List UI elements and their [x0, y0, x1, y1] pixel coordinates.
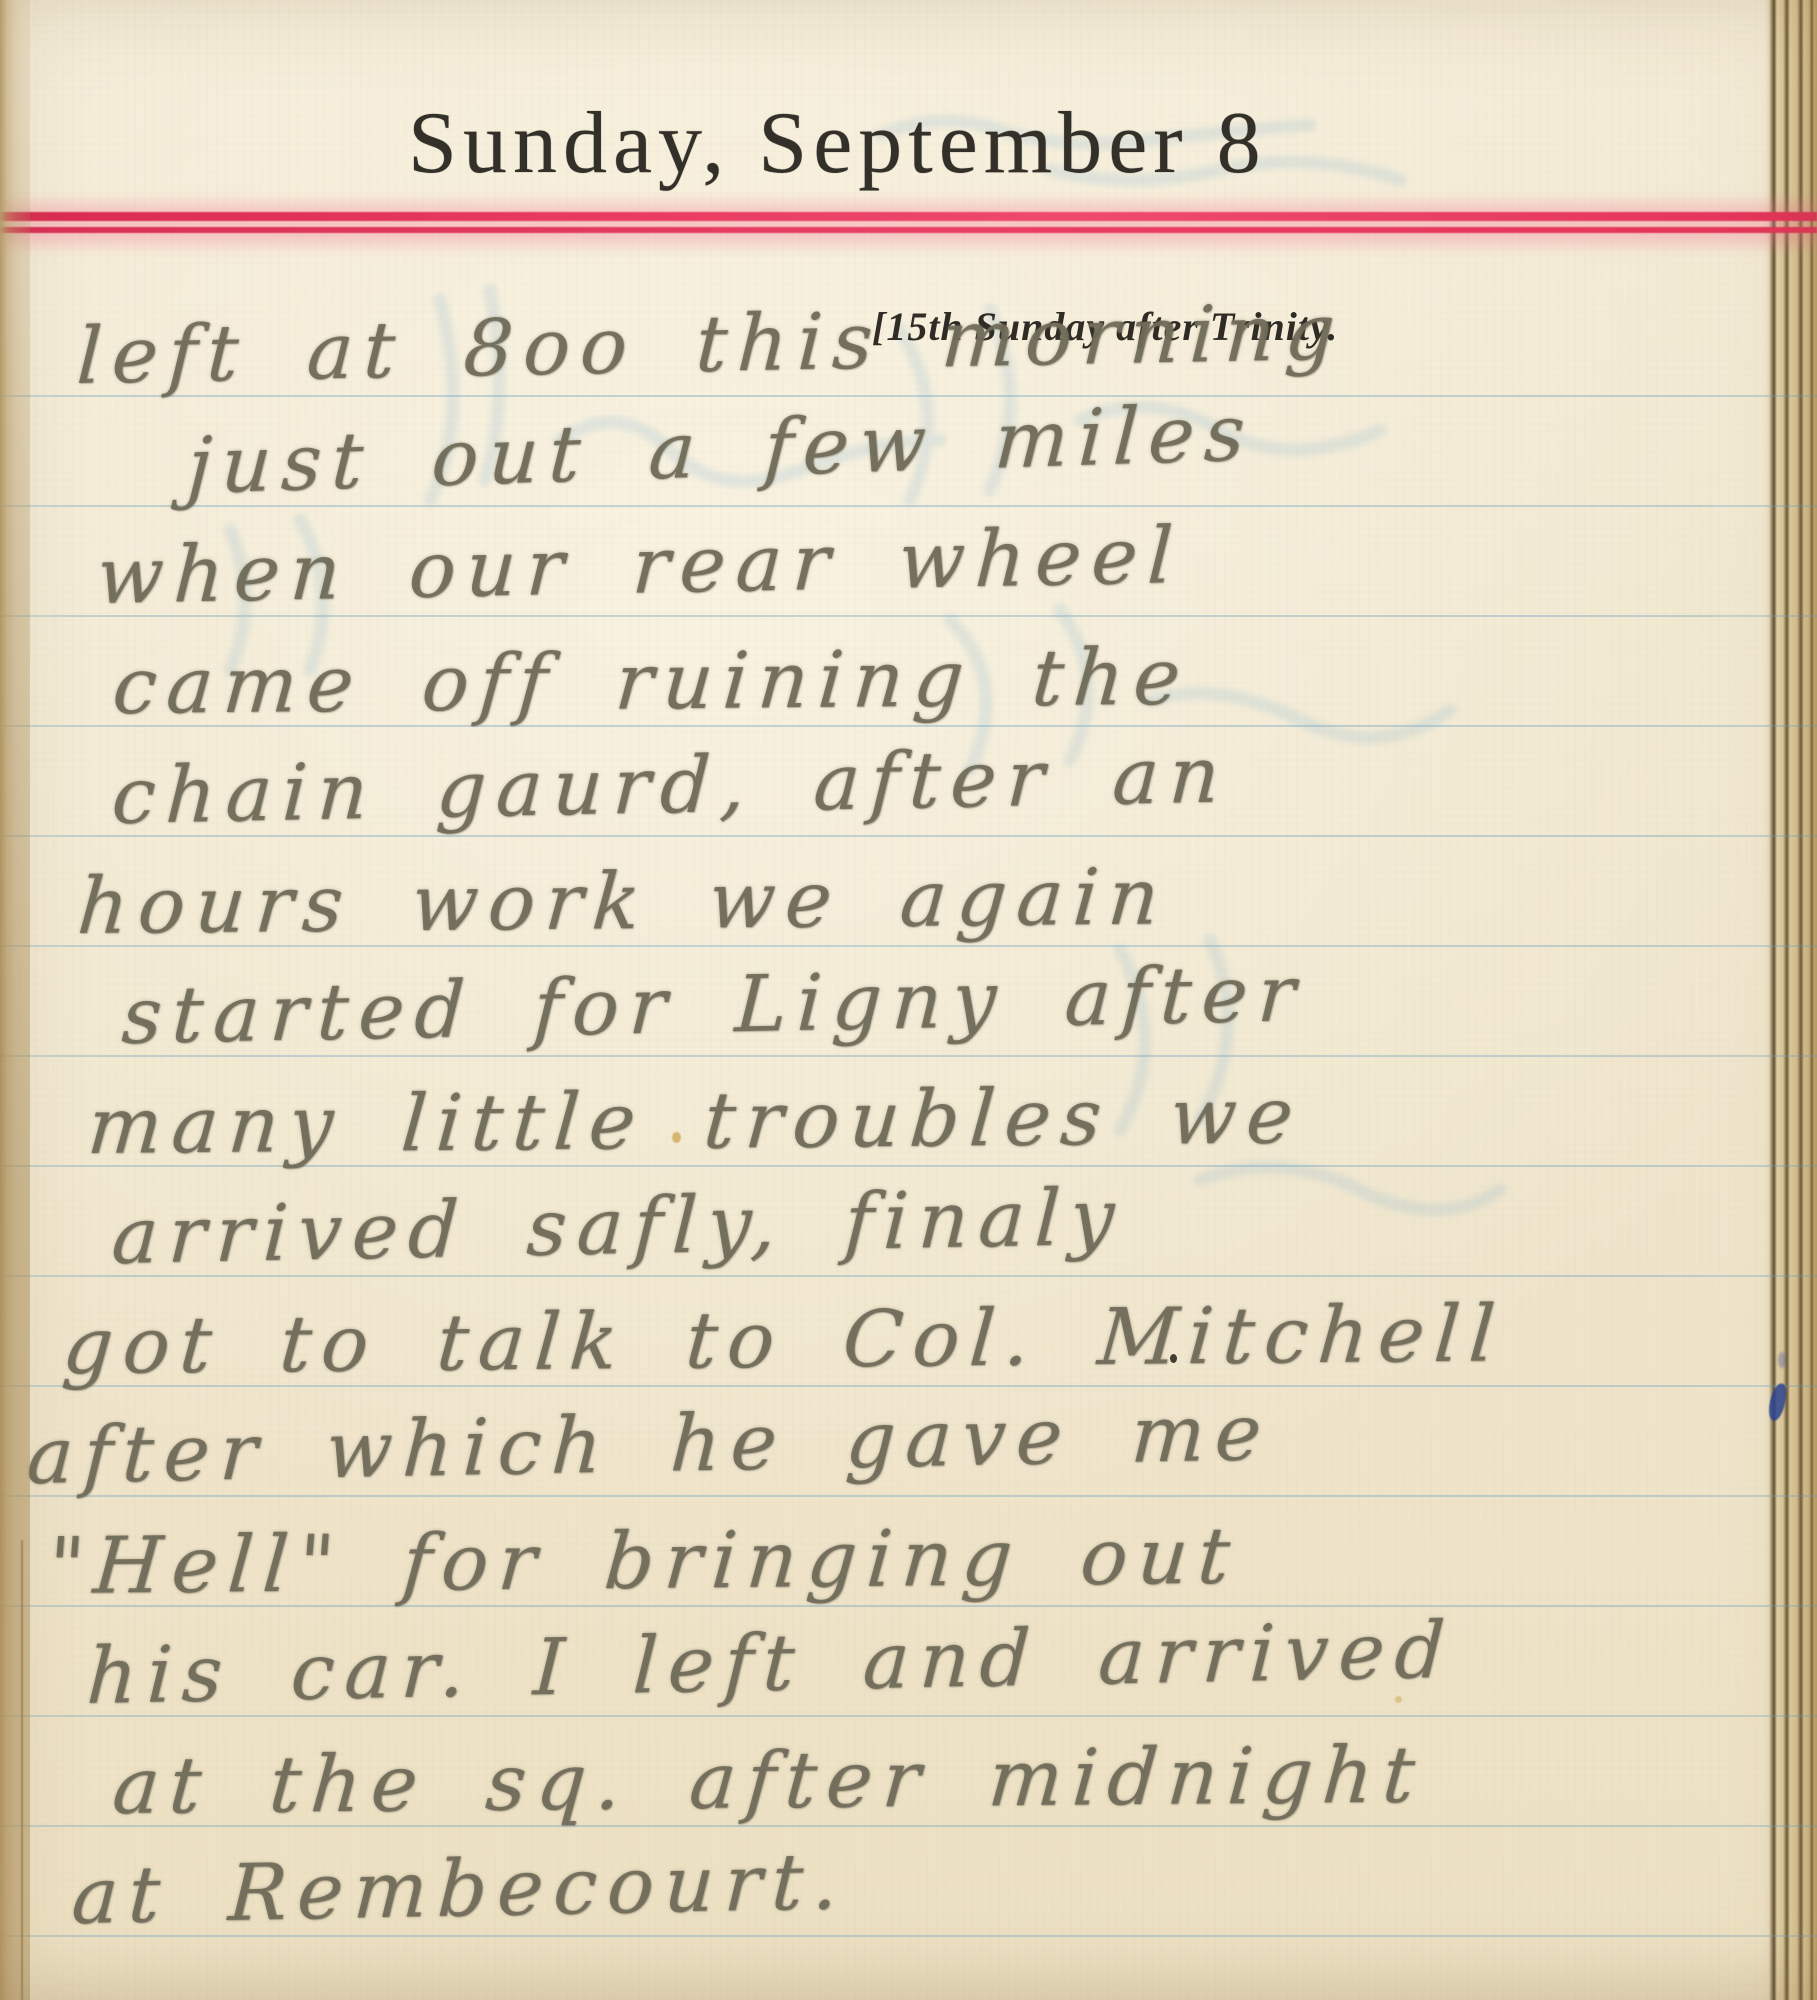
diary-page-scan: { "document": { "date_title": "Sunday, S… — [0, 0, 1817, 2000]
scan-vignette — [0, 0, 1817, 2000]
